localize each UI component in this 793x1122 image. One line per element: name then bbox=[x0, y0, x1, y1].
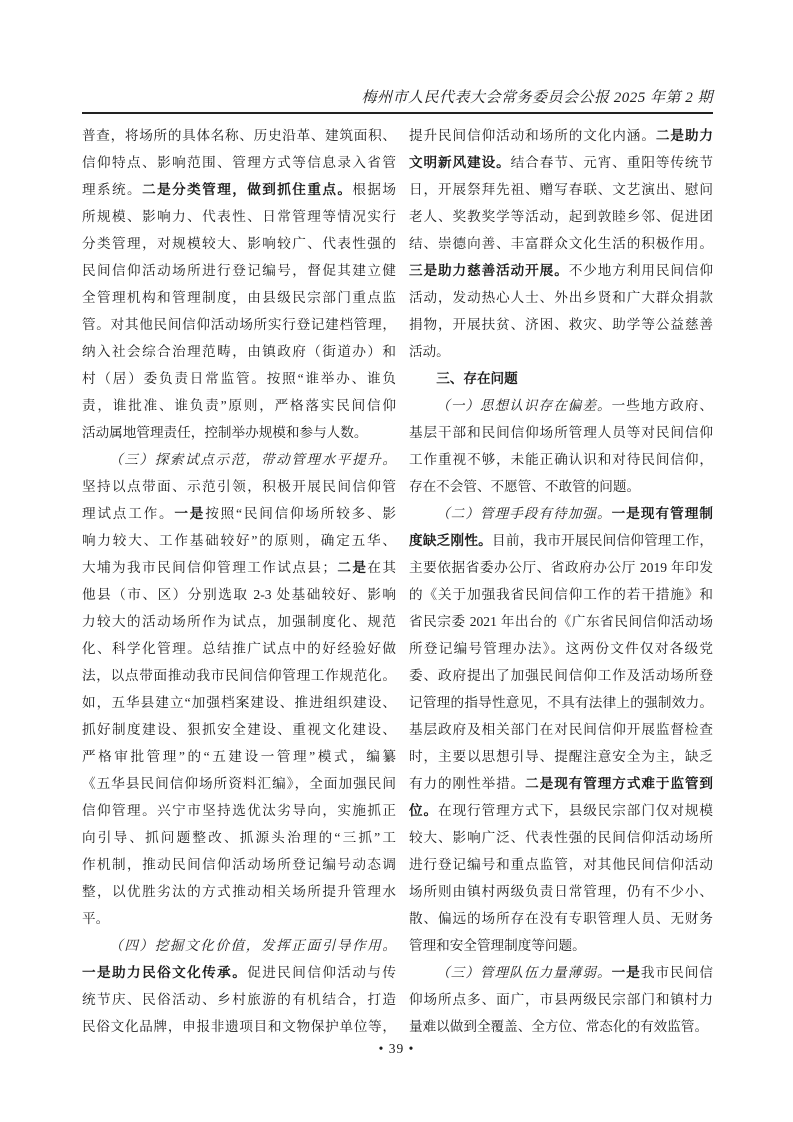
text-line: 抓好制度建设、狠抓安全建设、重视文化建设、 bbox=[82, 716, 396, 743]
page-number: • 39 • bbox=[379, 1041, 415, 1056]
text-line: 时，主要以思想引导、提醒注意安全为主，缺乏 bbox=[409, 743, 713, 770]
text-segment: 时，主要以思想引导、提醒注意安全为主，缺乏 bbox=[409, 749, 713, 764]
text-line: 主要依据省委办公厅、省政府办公厅 2019 年印发 bbox=[409, 554, 713, 581]
text-segment: 抓好制度建设、狠抓安全建设、重视文化建设、 bbox=[82, 722, 396, 737]
text-segment: 位。 bbox=[409, 803, 438, 818]
text-segment: 基层政府及相关部门在对民间信仰开展监督检查 bbox=[409, 722, 713, 737]
text-segment: 场所则由镇村两级负责日常管理，仍有不少小、 bbox=[409, 884, 713, 899]
text-line: 整，以优胜劣汰的方式推动相关场所提升管理水 bbox=[82, 878, 396, 905]
text-line: 如，五华县建立“加强档案建设、推进组织建设、 bbox=[82, 689, 396, 716]
text-line: 文明新风建设。结合春节、元宵、重阳等传统节 bbox=[409, 149, 713, 176]
text-segment: 捐物，开展扶贫、济困、救灾、助学等公益慈善 bbox=[409, 317, 713, 332]
text-segment: 纳入社会综合治理范畴，由镇政府（街道办）和 bbox=[82, 344, 396, 359]
text-line: 理试点工作。一是按照“民间信仰场所较多、影 bbox=[82, 500, 396, 527]
page-footer: • 39 • bbox=[0, 1041, 793, 1057]
text-segment: 我市民间信 bbox=[641, 965, 713, 980]
text-line: 进行登记编号和重点监管，对其他民间信仰活动 bbox=[409, 851, 713, 878]
text-line: 活动属地管理责任，控制举办规模和参与人数。 bbox=[82, 419, 396, 446]
text-segment: 力较大的活动场所作为试点，加强制度化、规范 bbox=[82, 614, 396, 629]
page-body: 普查，将场所的具体名称、历史沿革、建筑面积、信仰特点、影响范围、管理方式等信息录… bbox=[82, 122, 713, 1040]
column-right: 提升民间信仰活动和场所的文化内涵。二是助力文明新风建设。结合春节、元宵、重阳等传… bbox=[409, 122, 713, 1040]
text-segment: 理系统。 bbox=[82, 182, 142, 197]
text-line: 纳入社会综合治理范畴，由镇政府（街道办）和 bbox=[82, 338, 396, 365]
column-left: 普查，将场所的具体名称、历史沿革、建筑面积、信仰特点、影响范围、管理方式等信息录… bbox=[82, 122, 396, 1040]
journal-title: 梅州市人民代表大会常务委员会公报 2025 年第 2 期 bbox=[361, 90, 713, 106]
text-segment: 化、科学化管理。总结推广试点中的好经验好做 bbox=[82, 641, 396, 656]
running-header: 梅州市人民代表大会常务委员会公报 2025 年第 2 期 bbox=[82, 88, 713, 108]
text-segment: 活动，发动热心人士、外出乡贤和广大群众捐款 bbox=[409, 290, 713, 305]
text-segment: 在其 bbox=[367, 560, 396, 575]
text-segment: 民俗文化品牌，申报非遗项目和文物保护单位等， bbox=[82, 1019, 396, 1034]
text-segment: 老人、奖教奖学等活动，起到敦睦乡邻、促进团 bbox=[409, 209, 713, 224]
text-line: 基层政府及相关部门在对民间信仰开展监督检查 bbox=[409, 716, 713, 743]
text-segment: （二）管理手段有待加强。 bbox=[436, 506, 611, 521]
header-divider bbox=[82, 112, 713, 114]
text-line: 理系统。二是分类管理，做到抓住重点。根据场 bbox=[82, 176, 396, 203]
text-line: 向引导、抓问题整改、抓源头治理的“三抓”工 bbox=[82, 824, 396, 851]
text-segment: 活动属地管理责任，控制举办规模和参与人数。 bbox=[82, 425, 367, 440]
text-line: 所登记编号管理办法》。这两份文件仅对各级党 bbox=[409, 635, 713, 662]
text-segment: 促进民间信仰活动与传 bbox=[247, 965, 396, 980]
text-segment: 根据场 bbox=[352, 182, 396, 197]
text-segment: 管理和安全管理制度等问题。 bbox=[409, 938, 586, 953]
text-line: 全管理机构和管理制度，由县级民宗部门重点监 bbox=[82, 284, 396, 311]
text-line: 委、政府提出了加强民间信仰工作及活动场所登 bbox=[409, 662, 713, 689]
text-line: 民俗文化品牌，申报非遗项目和文物保护单位等， bbox=[82, 1013, 396, 1040]
text-segment: 村（居）委负责日常监管。按照“谁举办、谁负 bbox=[82, 371, 396, 386]
text-segment: 结、崇德向善、丰富群众文化生活的积极作用。 bbox=[409, 236, 713, 251]
text-line: （四）挖掘文化价值，发挥正面引导作用。 bbox=[82, 932, 396, 959]
text-segment: 分类管理，对规模较大、影响较广、代表性强的 bbox=[82, 236, 396, 251]
text-segment: 省民宗委 2021 年出台的《广东省民间信仰活动场 bbox=[409, 614, 713, 629]
text-segment: 统节庆、民俗活动、乡村旅游的有机结合，打造 bbox=[82, 992, 396, 1007]
text-segment: 目前，我市开展民间信仰管理工作， bbox=[492, 533, 713, 548]
text-segment: 较大、影响广泛、代表性强的民间信仰活动场所 bbox=[409, 830, 713, 845]
text-segment: 有力的刚性举措。 bbox=[409, 776, 525, 791]
text-segment: 按照“民间信仰场所较多、影 bbox=[205, 506, 396, 521]
text-segment: 文明新风建设。 bbox=[409, 155, 511, 170]
text-line: 度缺乏刚性。目前，我市开展民间信仰管理工作， bbox=[409, 527, 713, 554]
text-line: 有力的刚性举措。二是现有管理方式难于监管到 bbox=[409, 770, 713, 797]
text-line: 法，以点带面推动我市民间信仰管理工作规范化。 bbox=[82, 662, 396, 689]
text-line: 一是助力民俗文化传承。促进民间信仰活动与传 bbox=[82, 959, 396, 986]
text-segment: 全管理机构和管理制度，由县级民宗部门重点监 bbox=[82, 290, 396, 305]
text-segment: 二是助力 bbox=[656, 128, 713, 143]
text-line: 《五华县民间信仰场所资料汇编》，全面加强民间 bbox=[82, 770, 396, 797]
text-segment: 法，以点带面推动我市民间信仰管理工作规范化。 bbox=[82, 668, 396, 683]
text-line: 省民宗委 2021 年出台的《广东省民间信仰活动场 bbox=[409, 608, 713, 635]
text-line: 平。 bbox=[82, 905, 396, 932]
text-segment: 平。 bbox=[82, 911, 109, 926]
text-segment: 他县（市、区）分别选取 2-3 处基础较好、影响 bbox=[82, 587, 396, 602]
text-line: 村（居）委负责日常监管。按照“谁举办、谁负 bbox=[82, 365, 396, 392]
text-segment: 管。对其他民间信仰活动场所实行登记建档管理， bbox=[82, 317, 396, 332]
text-segment: 理试点工作。 bbox=[82, 506, 174, 521]
text-line: 力较大的活动场所作为试点，加强制度化、规范 bbox=[82, 608, 396, 635]
text-segment: 向引导、抓问题整改、抓源头治理的“三抓”工 bbox=[82, 830, 396, 845]
text-segment: 基层干部和民间信仰场所管理人员等对民间信仰 bbox=[409, 425, 713, 440]
text-line: 大埔为我市民间信仰管理工作试点县；二是在其 bbox=[82, 554, 396, 581]
text-segment: 三、存在问题 bbox=[436, 371, 518, 386]
text-segment: 所登记编号管理办法》。这两份文件仅对各级党 bbox=[409, 641, 713, 656]
text-segment: 一是现有管理制 bbox=[612, 506, 713, 521]
text-line: 存在不会管、不愿管、不敢管的问题。 bbox=[409, 473, 713, 500]
text-segment: 作机制，推动民间信仰活动场所登记编号动态调 bbox=[82, 857, 396, 872]
text-line: 活动。 bbox=[409, 338, 713, 365]
text-line: 捐物，开展扶贫、济困、救灾、助学等公益慈善 bbox=[409, 311, 713, 338]
text-segment: 在现行管理方式下，县级民宗部门仅对规模 bbox=[438, 803, 713, 818]
text-line: 统节庆、民俗活动、乡村旅游的有机结合，打造 bbox=[82, 986, 396, 1013]
text-line: 作机制，推动民间信仰活动场所登记编号动态调 bbox=[82, 851, 396, 878]
text-segment: （三）管理队伍力量薄弱。 bbox=[436, 965, 611, 980]
text-segment: （三）探索试点示范，带动管理水平提升。 bbox=[109, 452, 396, 467]
text-segment: 《五华县民间信仰场所资料汇编》，全面加强民间 bbox=[82, 776, 396, 791]
text-line: 活动，发动热心人士、外出乡贤和广大群众捐款 bbox=[409, 284, 713, 311]
text-line: 散、偏远的场所存在没有专职管理人员、无财务 bbox=[409, 905, 713, 932]
text-segment: 结合春节、元宵、重阳等传统节 bbox=[511, 155, 713, 170]
text-line: 工作重视不够，未能正确认识和对待民间信仰， bbox=[409, 446, 713, 473]
text-line: 位。在现行管理方式下，县级民宗部门仅对规模 bbox=[409, 797, 713, 824]
text-line: 日，开展祭拜先祖、赠写春联、文艺演出、慰问 bbox=[409, 176, 713, 203]
text-segment: 坚持以点带面、示范引领，积极开展民间信仰管 bbox=[82, 479, 396, 494]
text-line: （三）管理队伍力量薄弱。一是我市民间信 bbox=[409, 959, 713, 986]
text-segment: 民间信仰活动场所进行登记编号，督促其建立健 bbox=[82, 263, 396, 278]
text-segment: 进行登记编号和重点监管，对其他民间信仰活动 bbox=[409, 857, 713, 872]
text-segment: 严格审批管理”的“五建设一管理”模式，编纂 bbox=[82, 749, 396, 764]
text-line: 普查，将场所的具体名称、历史沿革、建筑面积、 bbox=[82, 122, 396, 149]
text-segment: 二是 bbox=[336, 560, 367, 575]
text-segment: 一是 bbox=[174, 506, 205, 521]
text-segment: 提升民间信仰活动和场所的文化内涵。 bbox=[409, 128, 656, 143]
text-line: 的《关于加强我省民间信仰工作的若干措施》和 bbox=[409, 581, 713, 608]
text-segment: 所规模、影响力、代表性、日常管理等情况实行 bbox=[82, 209, 396, 224]
gazette-page: 梅州市人民代表大会常务委员会公报 2025 年第 2 期 普查，将场所的具体名称… bbox=[0, 0, 793, 1122]
text-segment: 二是现有管理方式难于监管到 bbox=[525, 776, 713, 791]
text-segment: （四）挖掘文化价值，发挥正面引导作用。 bbox=[109, 938, 396, 953]
text-segment: 记管理的指导性意见，不具有法律上的强制效力。 bbox=[409, 695, 713, 710]
text-line: 民间信仰活动场所进行登记编号，督促其建立健 bbox=[82, 257, 396, 284]
text-segment: 不少地方利用民间信仰 bbox=[569, 263, 713, 278]
text-line: 较大、影响广泛、代表性强的民间信仰活动场所 bbox=[409, 824, 713, 851]
text-line: 老人、奖教奖学等活动，起到敦睦乡邻、促进团 bbox=[409, 203, 713, 230]
text-line: 管。对其他民间信仰活动场所实行登记建档管理， bbox=[82, 311, 396, 338]
text-line: （一）思想认识存在偏差。一些地方政府、 bbox=[409, 392, 713, 419]
text-line: 提升民间信仰活动和场所的文化内涵。二是助力 bbox=[409, 122, 713, 149]
text-segment: 存在不会管、不愿管、不敢管的问题。 bbox=[409, 479, 640, 494]
text-line: 结、崇德向善、丰富群众文化生活的积极作用。 bbox=[409, 230, 713, 257]
text-line: 坚持以点带面、示范引领，积极开展民间信仰管 bbox=[82, 473, 396, 500]
text-line: 三是助力慈善活动开展。不少地方利用民间信仰 bbox=[409, 257, 713, 284]
text-line: 仰场所点多、面广，市县两级民宗部门和镇村力 bbox=[409, 986, 713, 1013]
text-line: 信仰管理。兴宁市坚持选优汰劣导向，实施抓正 bbox=[82, 797, 396, 824]
text-segment: （一）思想认识存在偏差。 bbox=[436, 398, 611, 413]
text-line: 他县（市、区）分别选取 2-3 处基础较好、影响 bbox=[82, 581, 396, 608]
text-segment: 信仰管理。兴宁市坚持选优汰劣导向，实施抓正 bbox=[82, 803, 396, 818]
text-segment: 委、政府提出了加强民间信仰工作及活动场所登 bbox=[409, 668, 713, 683]
text-segment: 如，五华县建立“加强档案建设、推进组织建设、 bbox=[82, 695, 396, 710]
text-line: 响力较大、工作基础较好”的原则，确定五华、 bbox=[82, 527, 396, 554]
text-segment: 责，谁批准、谁负责”原则，严格落实民间信仰 bbox=[82, 398, 396, 413]
text-segment: 活动。 bbox=[409, 344, 450, 359]
text-segment: 度缺乏刚性。 bbox=[409, 533, 492, 548]
text-segment: 日，开展祭拜先祖、赠写春联、文艺演出、慰问 bbox=[409, 182, 713, 197]
text-line: （二）管理手段有待加强。一是现有管理制 bbox=[409, 500, 713, 527]
text-line: 场所则由镇村两级负责日常管理，仍有不少小、 bbox=[409, 878, 713, 905]
text-line: 责，谁批准、谁负责”原则，严格落实民间信仰 bbox=[82, 392, 396, 419]
text-line: 基层干部和民间信仰场所管理人员等对民间信仰 bbox=[409, 419, 713, 446]
text-segment: 仰场所点多、面广，市县两级民宗部门和镇村力 bbox=[409, 992, 713, 1007]
text-segment: 信仰特点、影响范围、管理方式等信息录入省管 bbox=[82, 155, 396, 170]
text-line: 记管理的指导性意见，不具有法律上的强制效力。 bbox=[409, 689, 713, 716]
text-segment: 的《关于加强我省民间信仰工作的若干措施》和 bbox=[409, 587, 713, 602]
text-line: （三）探索试点示范，带动管理水平提升。 bbox=[82, 446, 396, 473]
text-segment: 量难以做到全覆盖、全方位、常态化的有效监管。 bbox=[409, 1019, 708, 1034]
text-line: 三、存在问题 bbox=[409, 365, 713, 392]
text-line: 严格审批管理”的“五建设一管理”模式，编纂 bbox=[82, 743, 396, 770]
text-line: 管理和安全管理制度等问题。 bbox=[409, 932, 713, 959]
text-line: 分类管理，对规模较大、影响较广、代表性强的 bbox=[82, 230, 396, 257]
text-segment: 一是 bbox=[612, 965, 641, 980]
text-segment: 工作重视不够，未能正确认识和对待民间信仰， bbox=[409, 452, 713, 467]
text-segment: 一是助力民俗文化传承。 bbox=[82, 965, 247, 980]
text-segment: 整，以优胜劣汰的方式推动相关场所提升管理水 bbox=[82, 884, 396, 899]
text-segment: 一些地方政府、 bbox=[612, 398, 713, 413]
text-segment: 大埔为我市民间信仰管理工作试点县； bbox=[82, 560, 336, 575]
text-segment: 三是助力慈善活动开展。 bbox=[409, 263, 569, 278]
text-segment: 主要依据省委办公厅、省政府办公厅 2019 年印发 bbox=[409, 560, 713, 575]
text-line: 量难以做到全覆盖、全方位、常态化的有效监管。 bbox=[409, 1013, 713, 1040]
text-line: 化、科学化管理。总结推广试点中的好经验好做 bbox=[82, 635, 396, 662]
text-segment: 响力较大、工作基础较好”的原则，确定五华、 bbox=[82, 533, 396, 548]
text-line: 信仰特点、影响范围、管理方式等信息录入省管 bbox=[82, 149, 396, 176]
text-segment: 二是分类管理，做到抓住重点。 bbox=[142, 182, 352, 197]
text-line: 所规模、影响力、代表性、日常管理等情况实行 bbox=[82, 203, 396, 230]
text-segment: 散、偏远的场所存在没有专职管理人员、无财务 bbox=[409, 911, 713, 926]
text-segment: 普查，将场所的具体名称、历史沿革、建筑面积、 bbox=[82, 128, 396, 143]
